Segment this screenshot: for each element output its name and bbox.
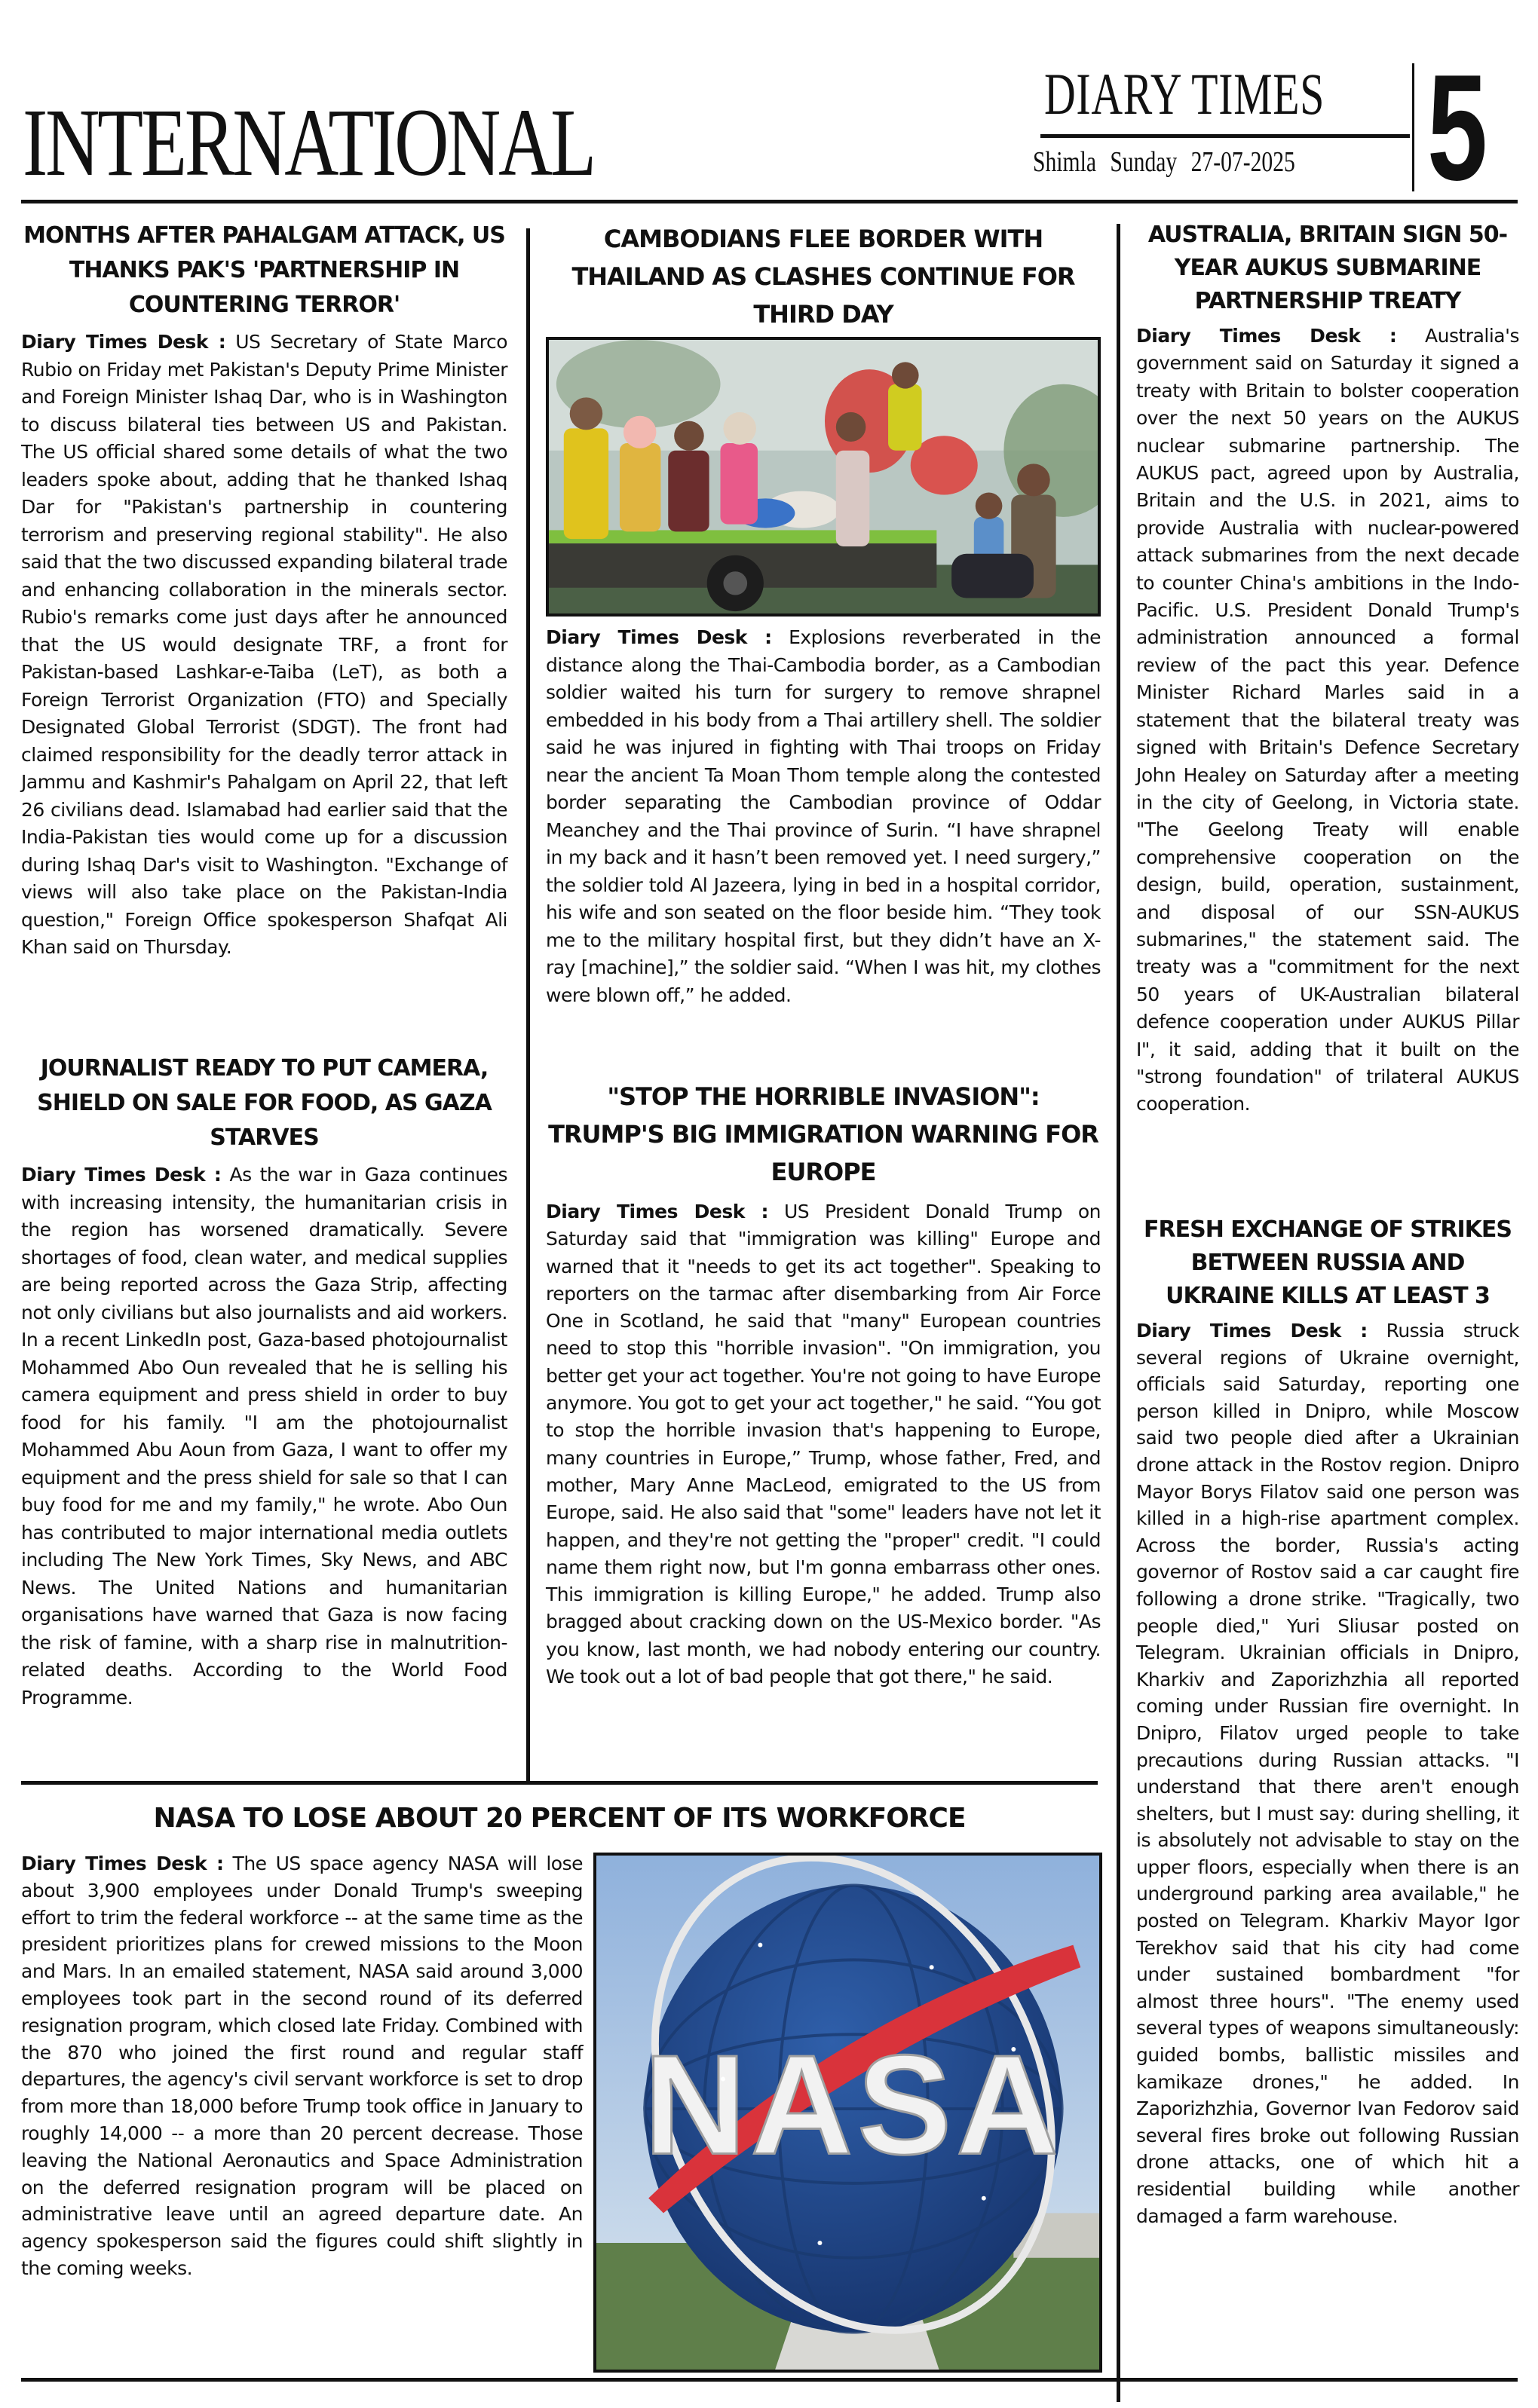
article-headline: NASA TO LOSE ABOUT 20 PERCENT OF ITS WOR… bbox=[21, 1800, 1098, 1837]
article-headline: MONTHS AFTER PAHALGAM ATTACK, US THANKS … bbox=[21, 219, 507, 323]
article-text: Explosions reverberated in the distance … bbox=[546, 626, 1101, 1006]
article-cambodia: CAMBODIANS FLEE BORDER WITH THAILAND AS … bbox=[546, 220, 1101, 333]
article-dateline: Diary Times Desk : bbox=[21, 1853, 223, 1874]
page-number: 5 bbox=[1427, 53, 1487, 203]
article-text: As the war in Gaza continues with increa… bbox=[21, 1164, 507, 1709]
cambodia-photo bbox=[546, 337, 1101, 617]
edition-date: 27-07-2025 bbox=[1191, 146, 1295, 178]
article-text: Australia's government said on Saturday … bbox=[1136, 325, 1519, 1115]
article-headline: CAMBODIANS FLEE BORDER WITH THAILAND AS … bbox=[546, 220, 1101, 333]
article-ukraine: FRESH EXCHANGE OF STRIKES BETWEEN RUSSIA… bbox=[1136, 1213, 1519, 2229]
article-headline: JOURNALIST READY TO PUT CAMERA, SHIELD O… bbox=[21, 1051, 507, 1155]
article-dateline: Diary Times Desk : bbox=[1136, 1320, 1368, 1342]
article-text: US Secretary of State Marco Rubio on Fri… bbox=[21, 331, 507, 958]
article-aukus: AUSTRALIA, BRITAIN SIGN 50-YEAR AUKUS SU… bbox=[1136, 219, 1519, 1118]
article-pahalgam: MONTHS AFTER PAHALGAM ATTACK, US THANKS … bbox=[21, 219, 507, 962]
edition-city: Shimla bbox=[1033, 146, 1096, 178]
article-body: Diary Times Desk : As the war in Gaza co… bbox=[21, 1161, 507, 1712]
newspaper-brand: DIARY TIMES bbox=[1044, 65, 1325, 124]
nasa-globe-image: NASA bbox=[596, 1856, 1099, 2370]
article-nasa: Diary Times Desk : The US space agency N… bbox=[21, 1850, 583, 2282]
article-dateline: Diary Times Desk : bbox=[21, 1164, 221, 1186]
edition-line: Shimla Sunday 27-07-2025 bbox=[1033, 148, 1295, 176]
article-nasa-headline-wrap: NASA TO LOSE ABOUT 20 PERCENT OF ITS WOR… bbox=[21, 1800, 1098, 1837]
article-text: US President Donald Trump on Saturday sa… bbox=[546, 1201, 1101, 1687]
article-body: Diary Times Desk : Australia's governmen… bbox=[1136, 323, 1519, 1118]
bottom-rule bbox=[21, 2378, 1518, 2382]
column-divider-right bbox=[1117, 224, 1120, 2402]
article-headline: FRESH EXCHANGE OF STRIKES BETWEEN RUSSIA… bbox=[1136, 1213, 1519, 1313]
article-text: The US space agency NASA will lose about… bbox=[21, 1853, 583, 2279]
article-dateline: Diary Times Desk : bbox=[546, 626, 772, 648]
article-body: Diary Times Desk : US President Donald T… bbox=[546, 1198, 1101, 1690]
article-headline: AUSTRALIA, BRITAIN SIGN 50-YEAR AUKUS SU… bbox=[1136, 219, 1519, 318]
edition-day: Sunday bbox=[1110, 146, 1177, 178]
nasa-logo-text: NASA bbox=[644, 2025, 1063, 2183]
article-text: Russia struck several regions of Ukraine… bbox=[1136, 1320, 1519, 2227]
column-divider-left bbox=[526, 228, 530, 1781]
article-dateline: Diary Times Desk : bbox=[21, 331, 225, 353]
article-body: Diary Times Desk : Explosions reverberat… bbox=[546, 624, 1101, 1009]
article-dateline: Diary Times Desk : bbox=[546, 1201, 768, 1222]
brand-divider bbox=[1040, 134, 1410, 138]
nasa-section-rule bbox=[21, 1781, 1098, 1785]
section-title: INTERNATIONAL bbox=[23, 94, 594, 191]
article-body: Diary Times Desk : US Secretary of State… bbox=[21, 329, 507, 962]
nasa-photo: NASA bbox=[593, 1853, 1102, 2373]
article-dateline: Diary Times Desk : bbox=[1136, 325, 1396, 347]
refugees-truck-image bbox=[549, 340, 1098, 613]
article-body: Diary Times Desk : The US space agency N… bbox=[21, 1850, 583, 2282]
article-body: Diary Times Desk : Russia struck several… bbox=[1136, 1317, 1519, 2229]
article-headline: "STOP THE HORRIBLE INVASION": TRUMP'S BI… bbox=[546, 1078, 1101, 1191]
article-cambodia-body: Diary Times Desk : Explosions reverberat… bbox=[546, 624, 1101, 1009]
article-gaza: JOURNALIST READY TO PUT CAMERA, SHIELD O… bbox=[21, 1051, 507, 1712]
masthead-rule bbox=[21, 200, 1518, 203]
masthead-vertical-divider bbox=[1412, 63, 1414, 191]
article-trump: "STOP THE HORRIBLE INVASION": TRUMP'S BI… bbox=[546, 1078, 1101, 1690]
